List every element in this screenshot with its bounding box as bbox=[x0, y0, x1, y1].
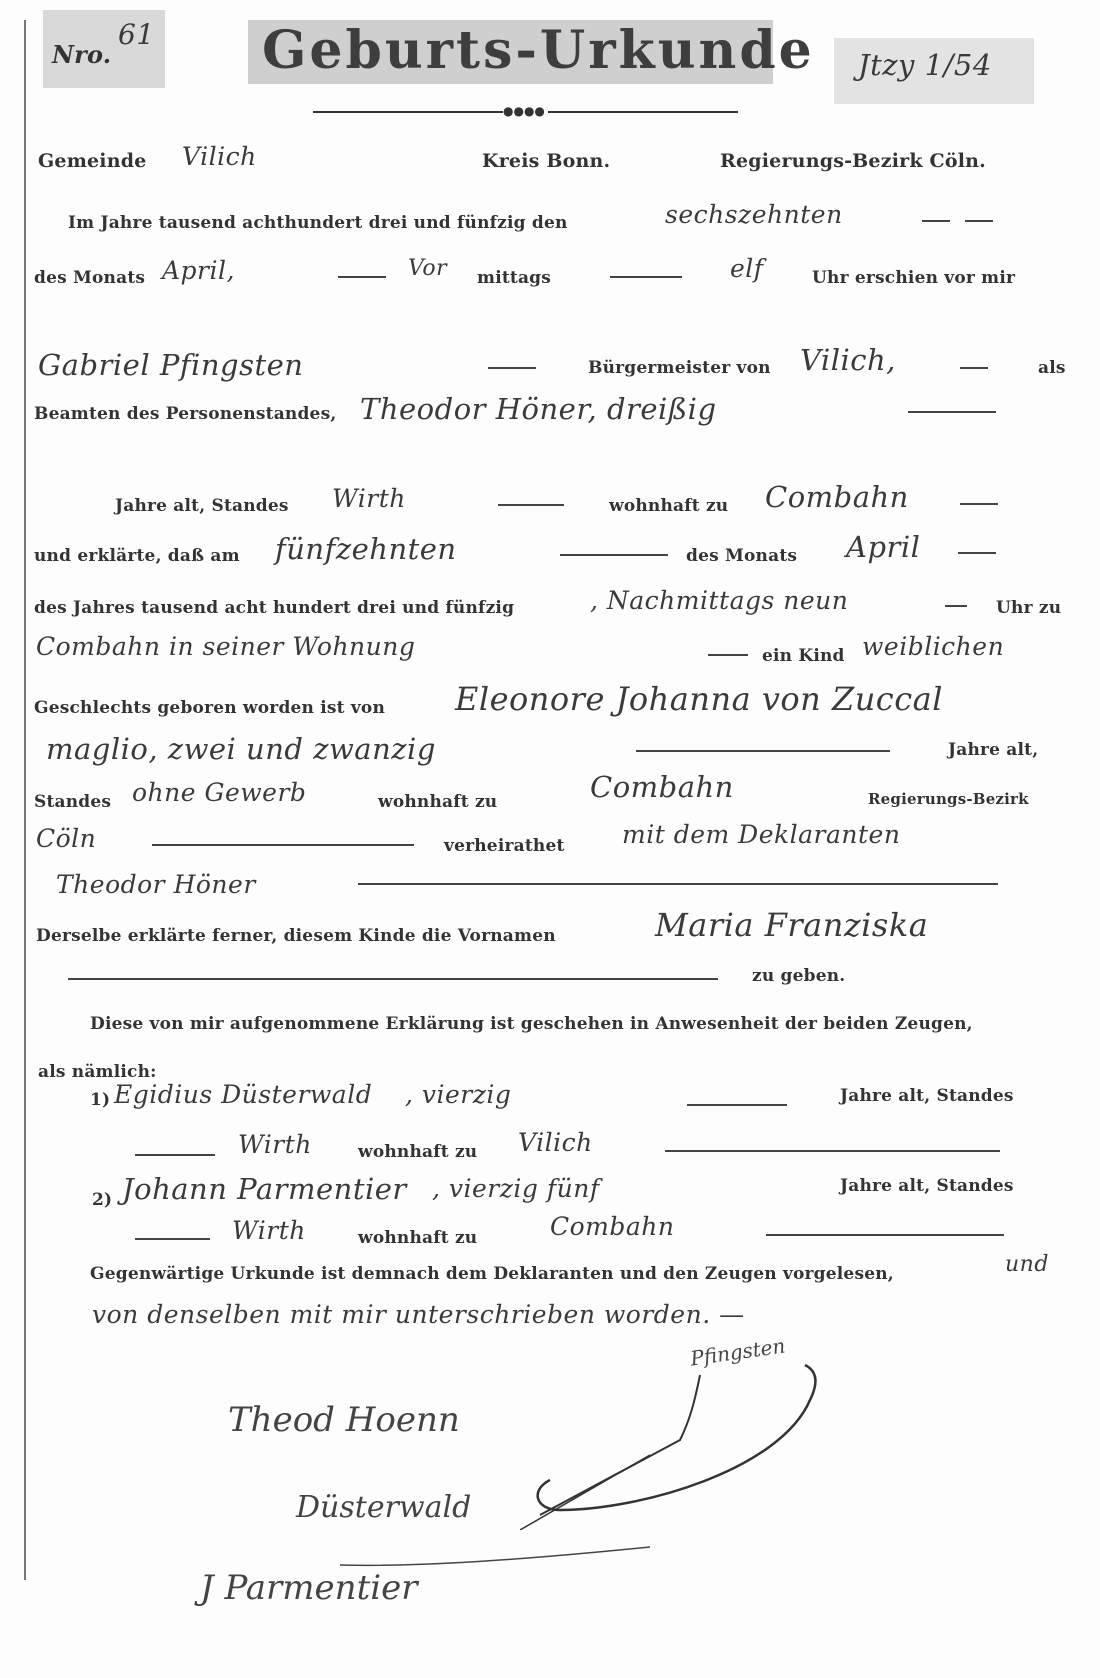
line2-hand-b: Vor bbox=[408, 256, 447, 281]
dash bbox=[960, 503, 998, 505]
declarant-signature: Theod Hoenn bbox=[228, 1400, 460, 1440]
witness2-residence-label: wohnhaft zu bbox=[358, 1228, 477, 1248]
mother-name-age: maglio, zwei und zwanzig bbox=[46, 732, 436, 766]
rule bbox=[687, 1104, 787, 1106]
dash bbox=[960, 367, 988, 369]
witness1-name: Egidius Düsterwald bbox=[114, 1080, 372, 1109]
line1-print: Im Jahre tausend achthundert drei und fü… bbox=[68, 213, 568, 233]
document-title: Geburts-Urkunde bbox=[262, 20, 815, 81]
line11-print-b: wohnhaft zu bbox=[378, 792, 497, 812]
dash bbox=[922, 220, 950, 222]
child-given-names: Maria Franziska bbox=[655, 906, 928, 944]
line8-print: ein Kind bbox=[762, 646, 845, 666]
dash bbox=[610, 276, 682, 278]
als-label: als bbox=[1038, 358, 1066, 378]
closing-hand-b: von denselben mit mir unterschrieben wor… bbox=[92, 1300, 745, 1329]
rule bbox=[358, 883, 998, 885]
declarant-residence: Combahn bbox=[765, 480, 909, 514]
dash bbox=[488, 367, 536, 369]
header-annotation: Jtzy 1/54 bbox=[858, 48, 992, 82]
declarant-occupation: Wirth bbox=[332, 484, 406, 513]
witness2-age: , vierzig fünf bbox=[432, 1174, 600, 1203]
witness2-name: Johann Parmentier bbox=[122, 1172, 407, 1206]
rule bbox=[152, 844, 414, 846]
kreis-label: Kreis Bonn. bbox=[482, 150, 610, 172]
line1-hand: sechszehnten bbox=[665, 200, 843, 229]
husband-name: Theodor Höner bbox=[56, 870, 256, 899]
witness1-age-label: Jahre alt, Standes bbox=[840, 1086, 1014, 1106]
rule bbox=[665, 1150, 1000, 1152]
line15-print: zu geben. bbox=[752, 966, 845, 986]
witness1-signature: Düsterwald bbox=[296, 1490, 471, 1525]
dash bbox=[135, 1154, 215, 1156]
line4-print: Beamten des Personenstandes, bbox=[34, 404, 336, 424]
marriage-note: mit dem Deklaranten bbox=[622, 820, 900, 849]
line5-print-b: wohnhaft zu bbox=[609, 496, 728, 516]
mother-name: Eleonore Johanna von Zuccal bbox=[455, 680, 943, 718]
birth-time: , Nachmittags neun bbox=[590, 586, 848, 615]
dash bbox=[135, 1238, 210, 1240]
nro-label: Nro. bbox=[52, 40, 111, 69]
bezirk-label: Regierungs-Bezirk Cöln. bbox=[720, 150, 986, 172]
rule bbox=[560, 554, 668, 556]
rule bbox=[636, 750, 890, 752]
line11-print-c: Regierungs-Bezirk bbox=[868, 790, 1029, 808]
title-ornament: ●●●● bbox=[313, 110, 738, 114]
line14-print: Derselbe erklärte ferner, diesem Kinde d… bbox=[36, 926, 556, 946]
line7-print-a: des Jahres tausend acht hundert drei und… bbox=[34, 598, 514, 618]
witness2-number: 2) bbox=[92, 1190, 112, 1210]
line2-hand-a: April, bbox=[162, 256, 235, 285]
dash bbox=[965, 220, 993, 222]
closing-print: Gegenwärtige Urkunde ist demnach dem Dek… bbox=[90, 1264, 894, 1284]
line10-print: Jahre alt, bbox=[948, 740, 1038, 760]
line2-print-c: Uhr erschien vor mir bbox=[812, 268, 1015, 288]
rule bbox=[908, 411, 996, 413]
mother-bezirk: Cöln bbox=[36, 824, 96, 853]
registrar-town: Vilich, bbox=[800, 343, 896, 377]
registrar-flourish bbox=[520, 1360, 850, 1530]
witness1-occupation: Wirth bbox=[238, 1130, 312, 1159]
birth-certificate-page: Nro. 61 Geburts-Urkunde Jtzy 1/54 ●●●● G… bbox=[0, 0, 1100, 1678]
buergermeister-label: Bürgermeister von bbox=[588, 358, 771, 378]
line7-print-b: Uhr zu bbox=[996, 598, 1061, 618]
witness2-residence: Combahn bbox=[550, 1212, 675, 1241]
line2-print-b: mittags bbox=[477, 268, 551, 288]
dash bbox=[498, 504, 564, 506]
birth-place: Combahn in seiner Wohnung bbox=[36, 632, 415, 661]
birth-day: fünfzehnten bbox=[275, 532, 457, 566]
line2-hand-c: elf bbox=[730, 254, 764, 283]
line2-print-a: des Monats bbox=[34, 268, 145, 288]
line16-print: Diese von mir aufgenommene Erklärung ist… bbox=[90, 1014, 973, 1034]
child-sex: weiblichen bbox=[862, 632, 1004, 661]
birth-month: April bbox=[846, 530, 920, 564]
registrar-name: Gabriel Pfingsten bbox=[38, 348, 303, 382]
rule bbox=[766, 1234, 1004, 1236]
witness2-age-label: Jahre alt, Standes bbox=[840, 1176, 1014, 1196]
witness2-occupation: Wirth bbox=[232, 1216, 306, 1245]
line5-print-a: Jahre alt, Standes bbox=[115, 496, 289, 516]
gemeinde-label: Gemeinde bbox=[38, 150, 147, 172]
witness1-residence-label: wohnhaft zu bbox=[358, 1142, 477, 1162]
nro-value: 61 bbox=[118, 18, 155, 51]
line6-print-a: und erklärte, daß am bbox=[34, 546, 240, 566]
declarant-name-age: Theodor Höner, dreißig bbox=[360, 392, 717, 426]
dash bbox=[338, 276, 386, 278]
gemeinde-value: Vilich bbox=[182, 142, 257, 171]
mother-residence: Combahn bbox=[590, 770, 734, 804]
rule bbox=[68, 978, 718, 980]
dash bbox=[708, 654, 748, 656]
line17-print: als nämlich: bbox=[38, 1062, 157, 1082]
line11-print-a: Standes bbox=[34, 792, 111, 812]
witness1-residence: Vilich bbox=[518, 1128, 593, 1157]
witness2-flourish bbox=[340, 1545, 660, 1585]
left-margin-line bbox=[24, 20, 26, 1580]
closing-hand-a: und bbox=[1005, 1252, 1049, 1277]
line9-print: Geschlechts geboren worden ist von bbox=[34, 698, 385, 718]
dash bbox=[958, 552, 996, 554]
line6-print-b: des Monats bbox=[686, 546, 797, 566]
witness1-number: 1) bbox=[90, 1090, 110, 1110]
mother-occupation: ohne Gewerb bbox=[132, 778, 306, 807]
dash bbox=[945, 605, 967, 607]
witness1-age: , vierzig bbox=[405, 1080, 511, 1109]
line12-print: verheirathet bbox=[444, 836, 565, 856]
